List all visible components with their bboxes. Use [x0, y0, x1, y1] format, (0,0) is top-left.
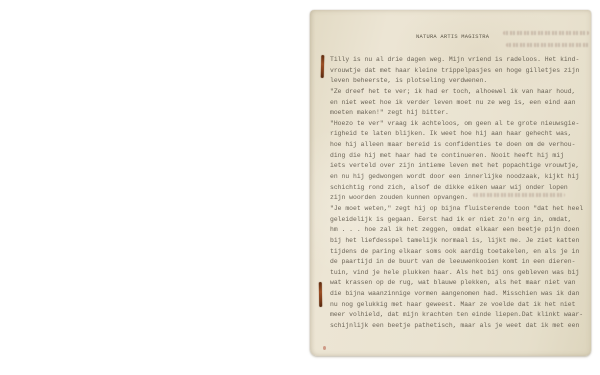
- typed-line: en nu hij gedwongen wordt door een inner…: [330, 172, 582, 183]
- typed-line: zijn woorden zouden kunnen opvangen.: [330, 193, 582, 204]
- typed-line: wat krassen op de rug, wat blauwe plekke…: [330, 278, 582, 289]
- typed-line: hoe hij alleen maar bereid is confidenti…: [330, 140, 582, 151]
- rust-staple-mark-bottom: [319, 282, 322, 307]
- typed-line: Tilly is nu al drie dagen weg. Mijn vrie…: [330, 55, 582, 66]
- bleed-through-text-line-1: [503, 31, 589, 35]
- typed-line: geleidelijk is gegaan. Eerst had ik er n…: [330, 215, 582, 226]
- typed-line: "Hoezo te ver" vraag ik achteloos, om ge…: [330, 119, 582, 130]
- typed-line: tijdens de paring elkaar soms ook aardig…: [330, 247, 582, 258]
- typed-line: de paartijd in de buurt van de leeuwenko…: [330, 257, 582, 268]
- typed-line: schichtig rond zich, alsof de dikke eike…: [330, 183, 582, 194]
- typed-line: moeten maken!" zegt hij bitter.: [330, 108, 582, 119]
- typed-line: schijnlijk een beetje pathetisch, maar a…: [330, 321, 582, 332]
- typed-line: righeid te laten blijken. Ik weet hoe hi…: [330, 129, 582, 140]
- typed-line: bij het liefdesspel tamelijk normaal is,…: [330, 236, 582, 247]
- document-page: NATURA ARTIS MAGISTRA Tilly is nu al dri…: [310, 10, 591, 356]
- typed-line: nu nog gelukkig met haar geweest. Maar z…: [330, 300, 582, 311]
- rust-staple-mark-top: [321, 55, 325, 78]
- typed-line: "Je moet weten," zegt hij op bijna fluis…: [330, 204, 582, 215]
- typed-line: meer volhield, dat mijn krachten ten ein…: [330, 310, 582, 321]
- document-title: NATURA ARTIS MAGISTRA: [416, 34, 489, 40]
- typed-line: iets verteld over zijn intieme leven met…: [330, 161, 582, 172]
- typed-line: hm . . . hoe zal ik het zeggen, omdat el…: [330, 225, 582, 236]
- typed-body-text: Tilly is nu al drie dagen weg. Mijn vrie…: [330, 55, 582, 332]
- photo-background: NATURA ARTIS MAGISTRA Tilly is nu al dri…: [0, 0, 600, 375]
- typed-line: die bijna waanzinnige vormen aangenomen …: [330, 289, 582, 300]
- typed-line: en niet weet hoe ik verder leven moet nu…: [330, 98, 582, 109]
- typed-line: ding die hij met haar had te continueren…: [330, 151, 582, 162]
- red-ink-speck: [323, 346, 326, 350]
- bleed-through-text-line-2: [506, 43, 589, 47]
- typed-line: "Ze dreef het te ver; ik had er toch, al…: [330, 87, 582, 98]
- typed-line: leven beheerste, is plotseling verdwenen…: [330, 76, 582, 87]
- typed-line: tuin, vind je hele plukken haar. Als het…: [330, 268, 582, 279]
- typed-line: vrouwtje dat met haar kleine trippelpasj…: [330, 66, 582, 77]
